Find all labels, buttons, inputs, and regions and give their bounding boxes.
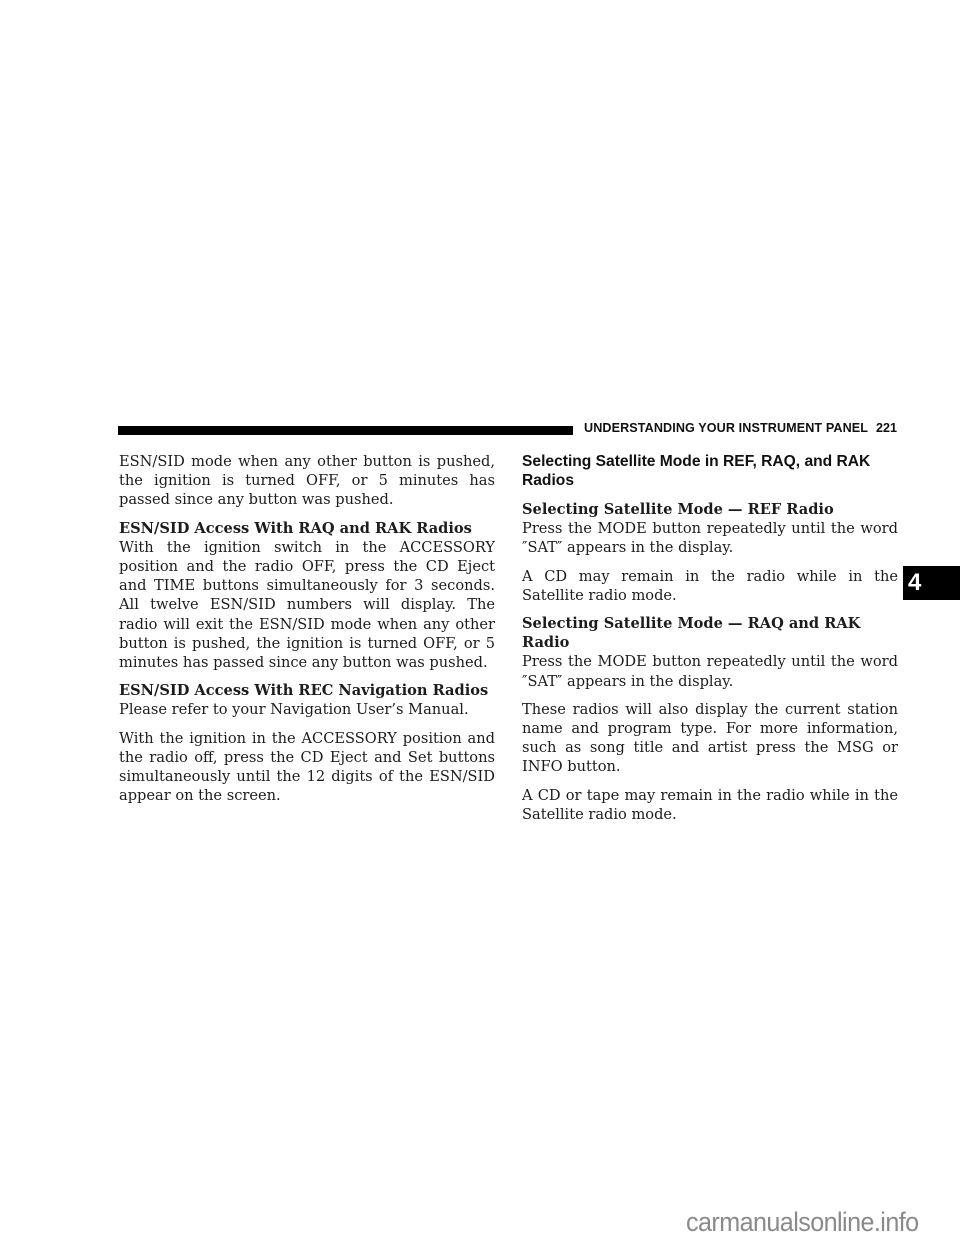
intro-paragraph: ESN/SID mode when any other button is pu… [119, 452, 495, 510]
left-column: ESN/SID mode when any other button is pu… [119, 452, 495, 814]
watermark-link[interactable]: carmanualsonline.info [686, 1207, 919, 1238]
section-heading: ESN/SID Access With REC Navigation Radio… [119, 681, 495, 700]
body-paragraph: With the ignition switch in the ACCESSOR… [119, 539, 495, 671]
body-paragraph: With the ignition in the ACCESSORY posit… [119, 729, 495, 806]
section-heading: Selecting Satellite Mode — REF Radio [522, 500, 898, 519]
body-paragraph: A CD may remain in the radio while in th… [522, 567, 898, 605]
section-rec-navigation: ESN/SID Access With REC Navigation Radio… [119, 681, 495, 719]
section-heading: Selecting Satellite Mode — RAQ and RAK R… [522, 614, 898, 652]
chapter-tab: 4 [903, 566, 960, 600]
section-raq-rak: ESN/SID Access With RAQ and RAK Radios W… [119, 519, 495, 673]
body-paragraph: Press the MODE button repeatedly until t… [522, 653, 898, 689]
page-number: 221 [876, 421, 897, 435]
body-paragraph: A CD or tape may remain in the radio whi… [522, 786, 898, 824]
right-column: Selecting Satellite Mode in REF, RAQ, an… [522, 452, 898, 833]
section-heading: ESN/SID Access With RAQ and RAK Radios [119, 519, 495, 538]
section-title: Selecting Satellite Mode in REF, RAQ, an… [522, 452, 898, 490]
section-ref-radio: Selecting Satellite Mode — REF Radio Pre… [522, 500, 898, 558]
section-raq-rak-radio: Selecting Satellite Mode — RAQ and RAK R… [522, 614, 898, 691]
body-paragraph: Please refer to your Navigation User’s M… [119, 701, 469, 718]
running-header-title: UNDERSTANDING YOUR INSTRUMENT PANEL [584, 421, 868, 435]
header-rule-bar [118, 426, 573, 435]
body-paragraph: These radios will also display the curre… [522, 700, 898, 777]
body-paragraph: Press the MODE button repeatedly until t… [522, 520, 898, 556]
